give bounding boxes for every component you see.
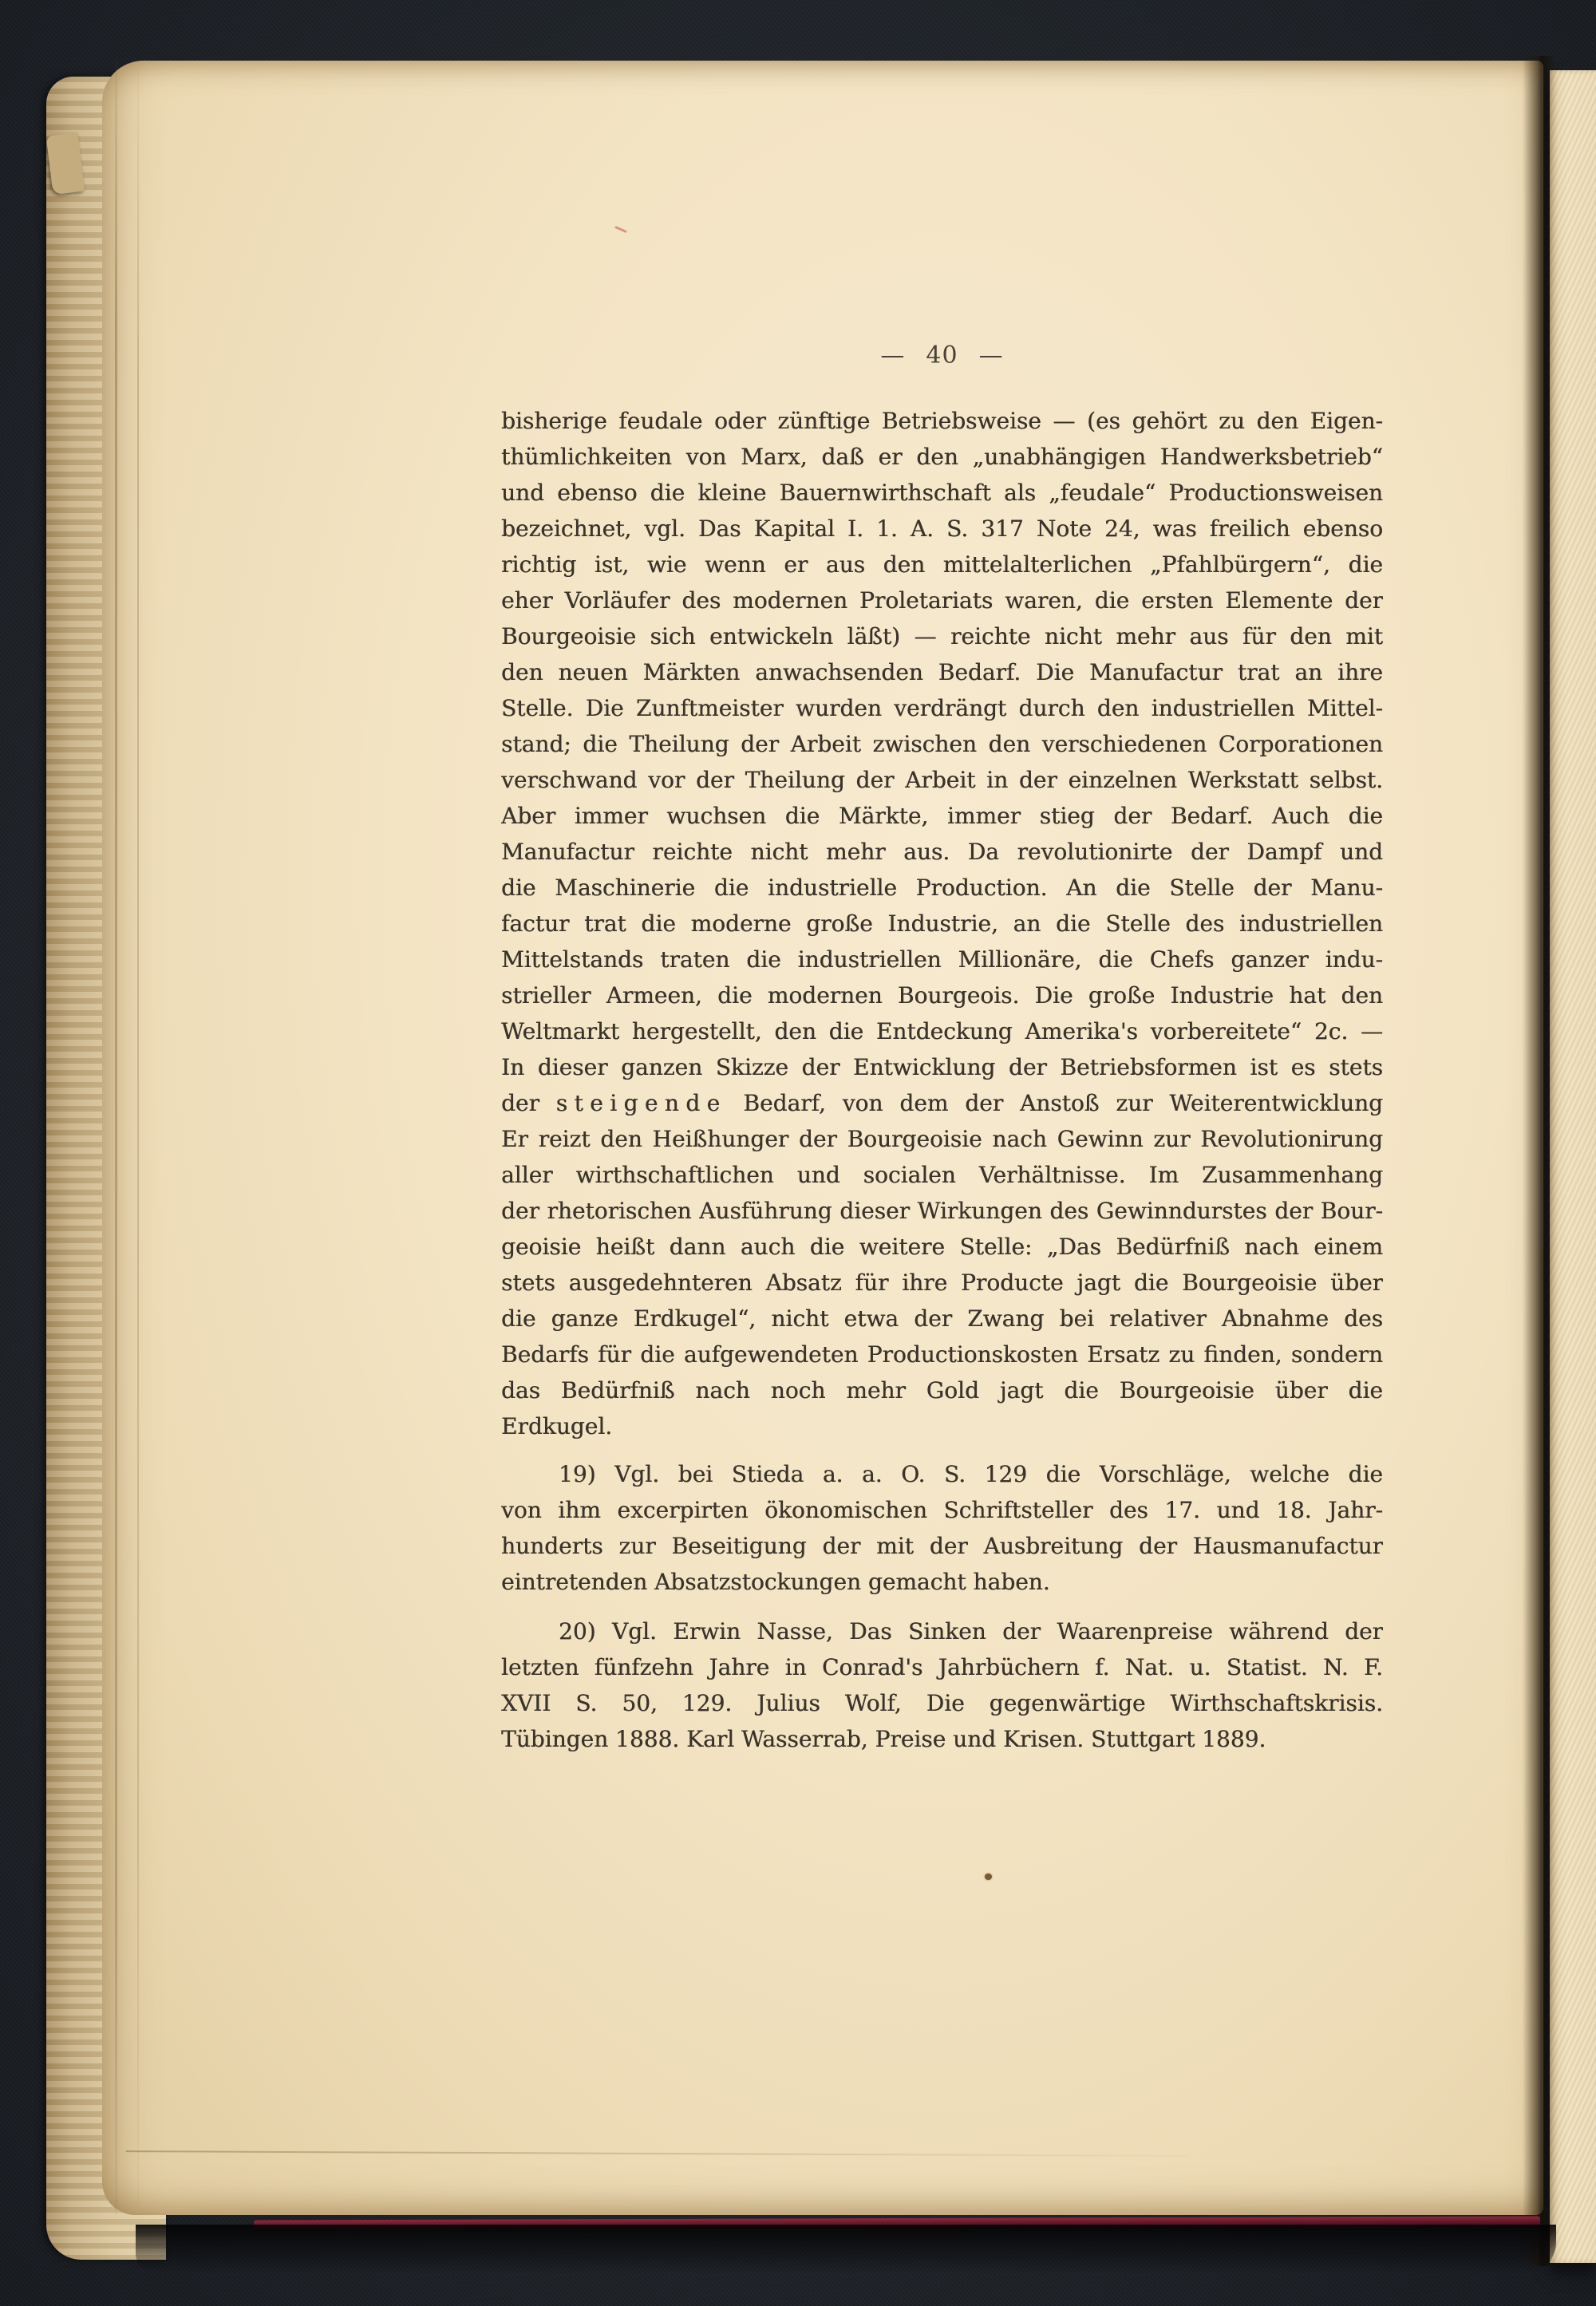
page-number: 40 [926, 342, 958, 369]
text-block: bisherige feudale oder zünftige Betriebs… [501, 403, 1383, 1757]
body-line: eher Vorläufer des modernen Proletariats… [501, 582, 1383, 618]
body-paragraph: bisherige feudale oder zünftige Betriebs… [501, 403, 1383, 1444]
page-crease-left [115, 61, 117, 2215]
footnote-line: eintretenden Absatzstockungen gemacht ha… [501, 1564, 1383, 1600]
header-dash-right: — [979, 342, 1004, 369]
red-scratch-mark [614, 226, 627, 233]
body-line: das Bedürfniß nach noch mehr Gold jagt d… [501, 1372, 1383, 1408]
body-line: geoisie heißt dann auch die weitere Stel… [501, 1229, 1383, 1265]
page-crease-bottom [126, 2150, 1187, 2157]
body-line: die Maschinerie die industrielle Product… [501, 870, 1383, 906]
body-line: stand; die Theilung der Arbeit zwischen … [501, 726, 1383, 762]
body-line: und ebenso die kleine Bauernwirthschaft … [501, 475, 1383, 511]
body-line: Erdkugel. [501, 1408, 1383, 1444]
body-line: Manufactur reichte nicht mehr aus. Da re… [501, 834, 1383, 870]
body-line: Bourgeoisie sich entwickeln läßt) — reic… [501, 618, 1383, 654]
body-line: den neuen Märkten anwachsenden Bedarf. D… [501, 654, 1383, 690]
footnote-line: von ihm excerpirten ökonomischen Schrift… [501, 1492, 1383, 1528]
body-line: die ganze Erdkugel“, nicht etwa der Zwan… [501, 1301, 1383, 1337]
book-page: —40— bisherige feudale oder zünftige Bet… [102, 61, 1543, 2215]
footnote-line: letzten fünfzehn Jahre in Conrad's Jahrb… [501, 1649, 1383, 1685]
body-line: verschwand vor der Theilung der Arbeit i… [501, 762, 1383, 798]
body-line: bisherige feudale oder zünftige Betriebs… [501, 403, 1383, 439]
adjacent-page-edge [1550, 70, 1596, 2263]
body-line: factur trat die moderne große Industrie,… [501, 906, 1383, 942]
footnote-line: Tübingen 1888. Karl Wasserrab, Preise un… [501, 1721, 1383, 1757]
body-line: der rhetorischen Ausführung dieser Wirku… [501, 1193, 1383, 1229]
footnote-line: hunderts zur Beseitigung der mit der Aus… [501, 1528, 1383, 1564]
body-line: stets ausgedehnteren Absatz für ihre Pro… [501, 1265, 1383, 1301]
body-line: Mittelstands traten die industriellen Mi… [501, 942, 1383, 977]
emph-line-pre: der [501, 1090, 556, 1116]
ink-speck [985, 1874, 992, 1880]
body-line: aller wirthschaftlichen und socialen Ver… [501, 1157, 1383, 1193]
header-dash-left: — [880, 342, 905, 369]
body-line: strieller Armeen, die modernen Bourgeois… [501, 977, 1383, 1013]
body-line: Bedarfs für die aufgewendeten Production… [501, 1337, 1383, 1372]
body-line: Stelle. Die Zunftmeister wurden verdräng… [501, 690, 1383, 726]
footnote-20: 20) Vgl. Erwin Nasse, Das Sinken der Waa… [501, 1613, 1383, 1757]
emphasized-word: steigende [556, 1090, 727, 1116]
body-line: bezeichnet, vgl. Das Kapital I. 1. A. S.… [501, 511, 1383, 547]
body-line: Weltmarkt hergestellt, den die Entdeckun… [501, 1013, 1383, 1049]
body-line: In dieser ganzen Skizze der Entwicklung … [501, 1049, 1383, 1085]
footnote-line: 19) Vgl. bei Stieda a. a. O. S. 129 die … [501, 1456, 1383, 1492]
page-bottom-shadow [136, 2225, 1556, 2274]
body-line: thümlichkeiten von Marx, daß er den „una… [501, 439, 1383, 475]
footnote-line: XVII S. 50, 129. Julius Wolf, Die gegenw… [501, 1685, 1383, 1721]
page-number-header: —40— [501, 342, 1383, 369]
body-line-emphasized: der steigende Bedarf, von dem der Anstoß… [501, 1085, 1383, 1121]
footnote-line: 20) Vgl. Erwin Nasse, Das Sinken der Waa… [501, 1613, 1383, 1649]
body-line: richtig ist, wie wenn er aus den mittela… [501, 547, 1383, 582]
page-crease-left-2 [137, 67, 139, 2205]
body-line: Er reizt den Heißhunger der Bourgeoisie … [501, 1121, 1383, 1157]
footnote-19: 19) Vgl. bei Stieda a. a. O. S. 129 die … [501, 1456, 1383, 1600]
body-line: Aber immer wuchsen die Märkte, immer sti… [501, 798, 1383, 834]
